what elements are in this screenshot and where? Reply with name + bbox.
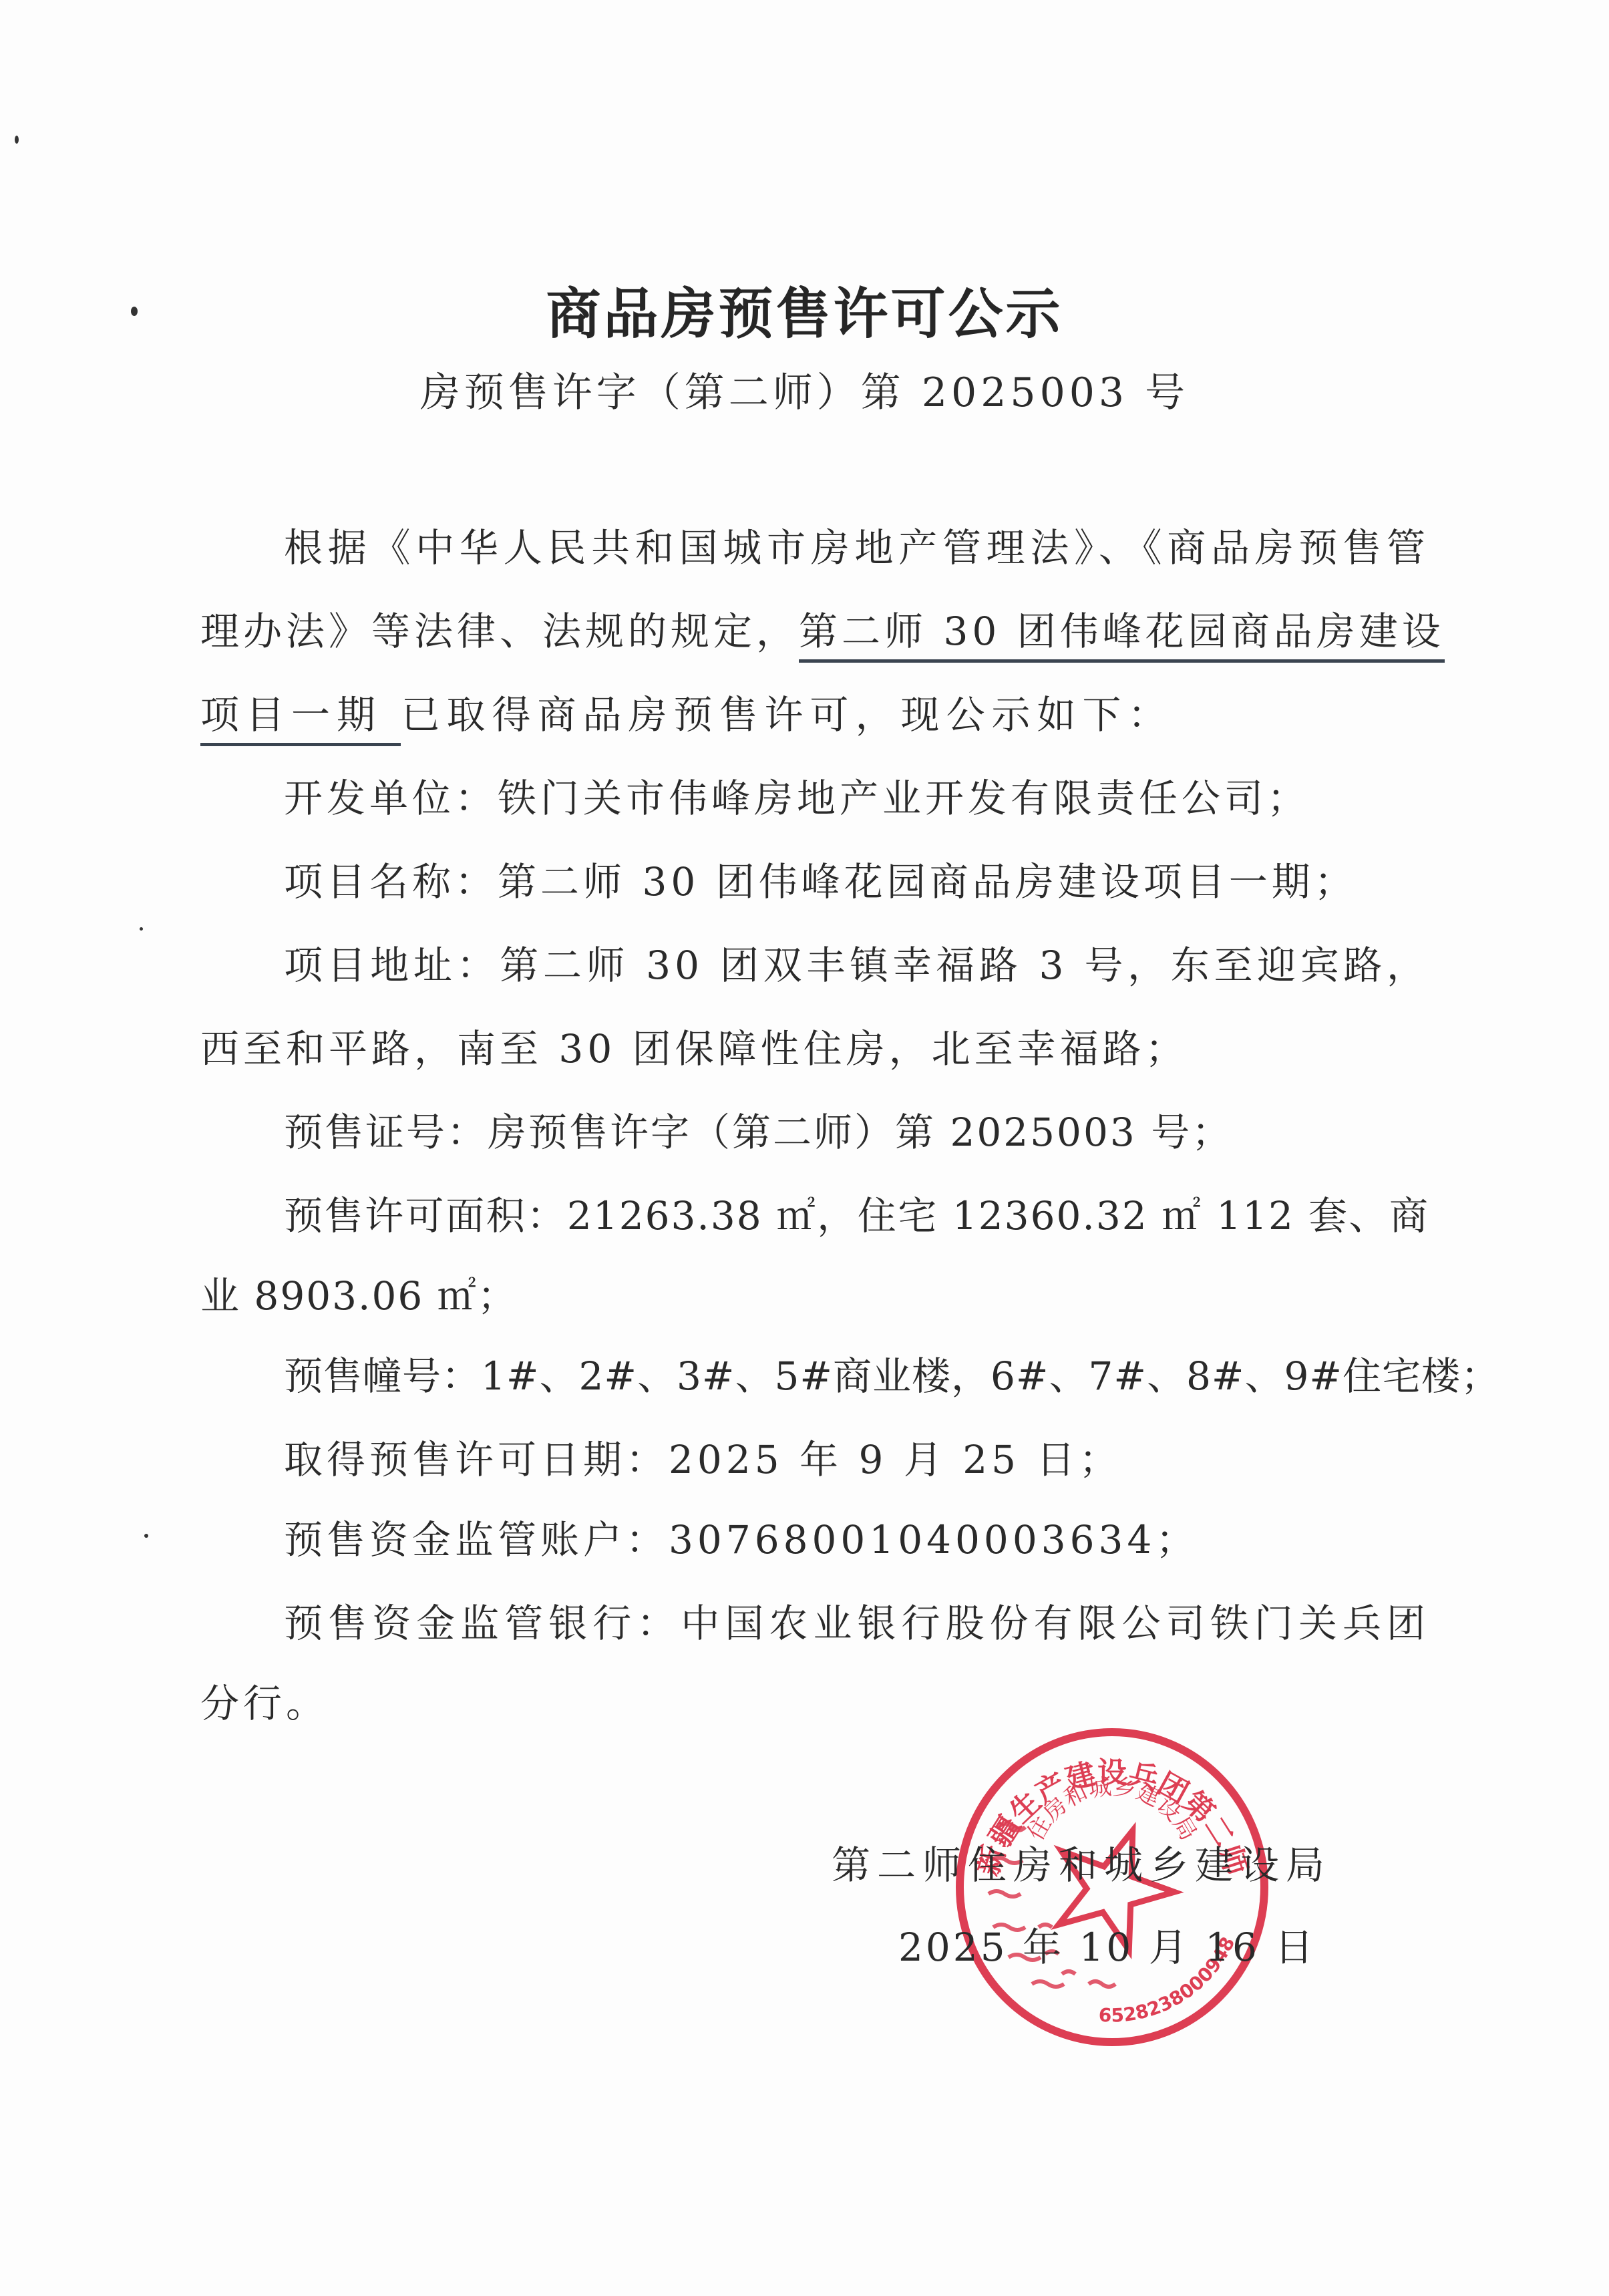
field-value: 分行。 [200,1681,329,1726]
field-value: 西至和平路，南至 30 团保障性住房，北至幸福路； [200,1026,1188,1072]
intro-text: 已取得商品房预售许可，现公示如下： [401,692,1173,737]
project-name-underlined: 项目一期 [200,692,401,746]
field-permitted-area: 预售许可面积：21263.38 ㎡，住宅 12360.32 ㎡ 112 套、商 [284,1189,1429,1243]
document-page: 商品房预售许可公示 房预售许字（第二师）第 2025003 号 根据《中华人民共… [0,0,1609,2296]
scan-speck [144,1534,148,1538]
intro-line-1: 根据《中华人民共和国城市房地产管理法》、《商品房预售管 [284,521,1429,575]
field-value: 1#、2#、3#、5#商业楼，6#、7#、8#、9#住宅楼； [481,1353,1500,1399]
intro-line-3: 项目一期 已取得商品房预售许可，现公示如下： [200,688,1429,742]
field-value: 房预售许字（第二师）第 2025003 号； [488,1110,1232,1155]
field-permitted-area-cont: 业 8903.06 ㎡； [200,1269,1429,1323]
field-escrow-bank-cont: 分行。 [200,1677,1429,1730]
field-label: 预售资金监管账户： [284,1517,669,1563]
field-label: 预售幢号： [284,1353,481,1399]
field-label: 预售许可面积： [284,1193,567,1239]
field-label: 项目地址： [284,943,500,988]
field-permit-date: 取得预售许可日期：2025 年 9 月 25 日； [284,1433,1429,1486]
field-value: 第二师 30 团双丰镇幸福路 3 号，东至迎宾路， [500,943,1429,988]
project-name-underlined: 第二师 30 团伟峰花园商品房建设 [799,609,1445,663]
field-value: 铁门关市伟峰房地产业开发有限责任公司； [498,776,1310,821]
field-value: 2025 年 9 月 25 日； [669,1437,1122,1482]
page-title: 商品房预售许可公示 [0,271,1609,349]
field-value: 中国农业银行股份有限公司铁门关兵团 [681,1601,1429,1646]
field-label: 取得预售许可日期： [284,1437,669,1482]
field-value: 21263.38 ㎡，住宅 12360.32 ㎡ 112 套、商 [567,1193,1429,1239]
field-label: 项目名称： [284,859,498,905]
issuer-name: 第二师住房和城乡建设局 [832,1834,1331,1890]
field-project-address-cont: 西至和平路，南至 30 团保障性住房，北至幸福路； [200,1022,1429,1076]
field-label: 预售证号： [284,1110,488,1155]
intro-text: 理办法》等法律、法规的规定， [200,609,799,654]
scan-speck [131,307,138,316]
field-developer: 开发单位：铁门关市伟峰房地产业开发有限责任公司； [284,772,1429,825]
field-buildings: 预售幢号：1#、2#、3#、5#商业楼，6#、7#、8#、9#住宅楼； [284,1349,1429,1403]
field-label: 预售资金监管银行： [284,1601,681,1646]
intro-text: 根据《中华人民共和国城市房地产管理法》、《商品房预售管 [284,525,1429,570]
scan-speck [15,136,19,144]
field-value: 业 8903.06 ㎡； [200,1273,518,1319]
field-value: 第二师 30 团伟峰花园商品房建设项目一期； [498,859,1357,905]
scan-speck [140,927,143,931]
field-escrow-bank: 预售资金监管银行：中国农业银行股份有限公司铁门关兵团 [284,1597,1429,1650]
intro-line-2: 理办法》等法律、法规的规定，第二师 30 团伟峰花园商品房建设 [200,605,1429,658]
field-project-address: 项目地址：第二师 30 团双丰镇幸福路 3 号，东至迎宾路， [284,939,1429,992]
field-value: 30768001040003634； [669,1517,1198,1563]
issue-date: 2025 年 10 月 16 日 [898,1916,1316,1972]
permit-header: 房预售许字（第二师）第 2025003 号 [0,361,1609,418]
field-label: 开发单位： [284,776,498,821]
field-escrow-account: 预售资金监管账户：30768001040003634； [284,1513,1429,1567]
field-project-name: 项目名称：第二师 30 团伟峰花园商品房建设项目一期； [284,855,1429,909]
field-certificate-no: 预售证号：房预售许字（第二师）第 2025003 号； [284,1106,1429,1159]
